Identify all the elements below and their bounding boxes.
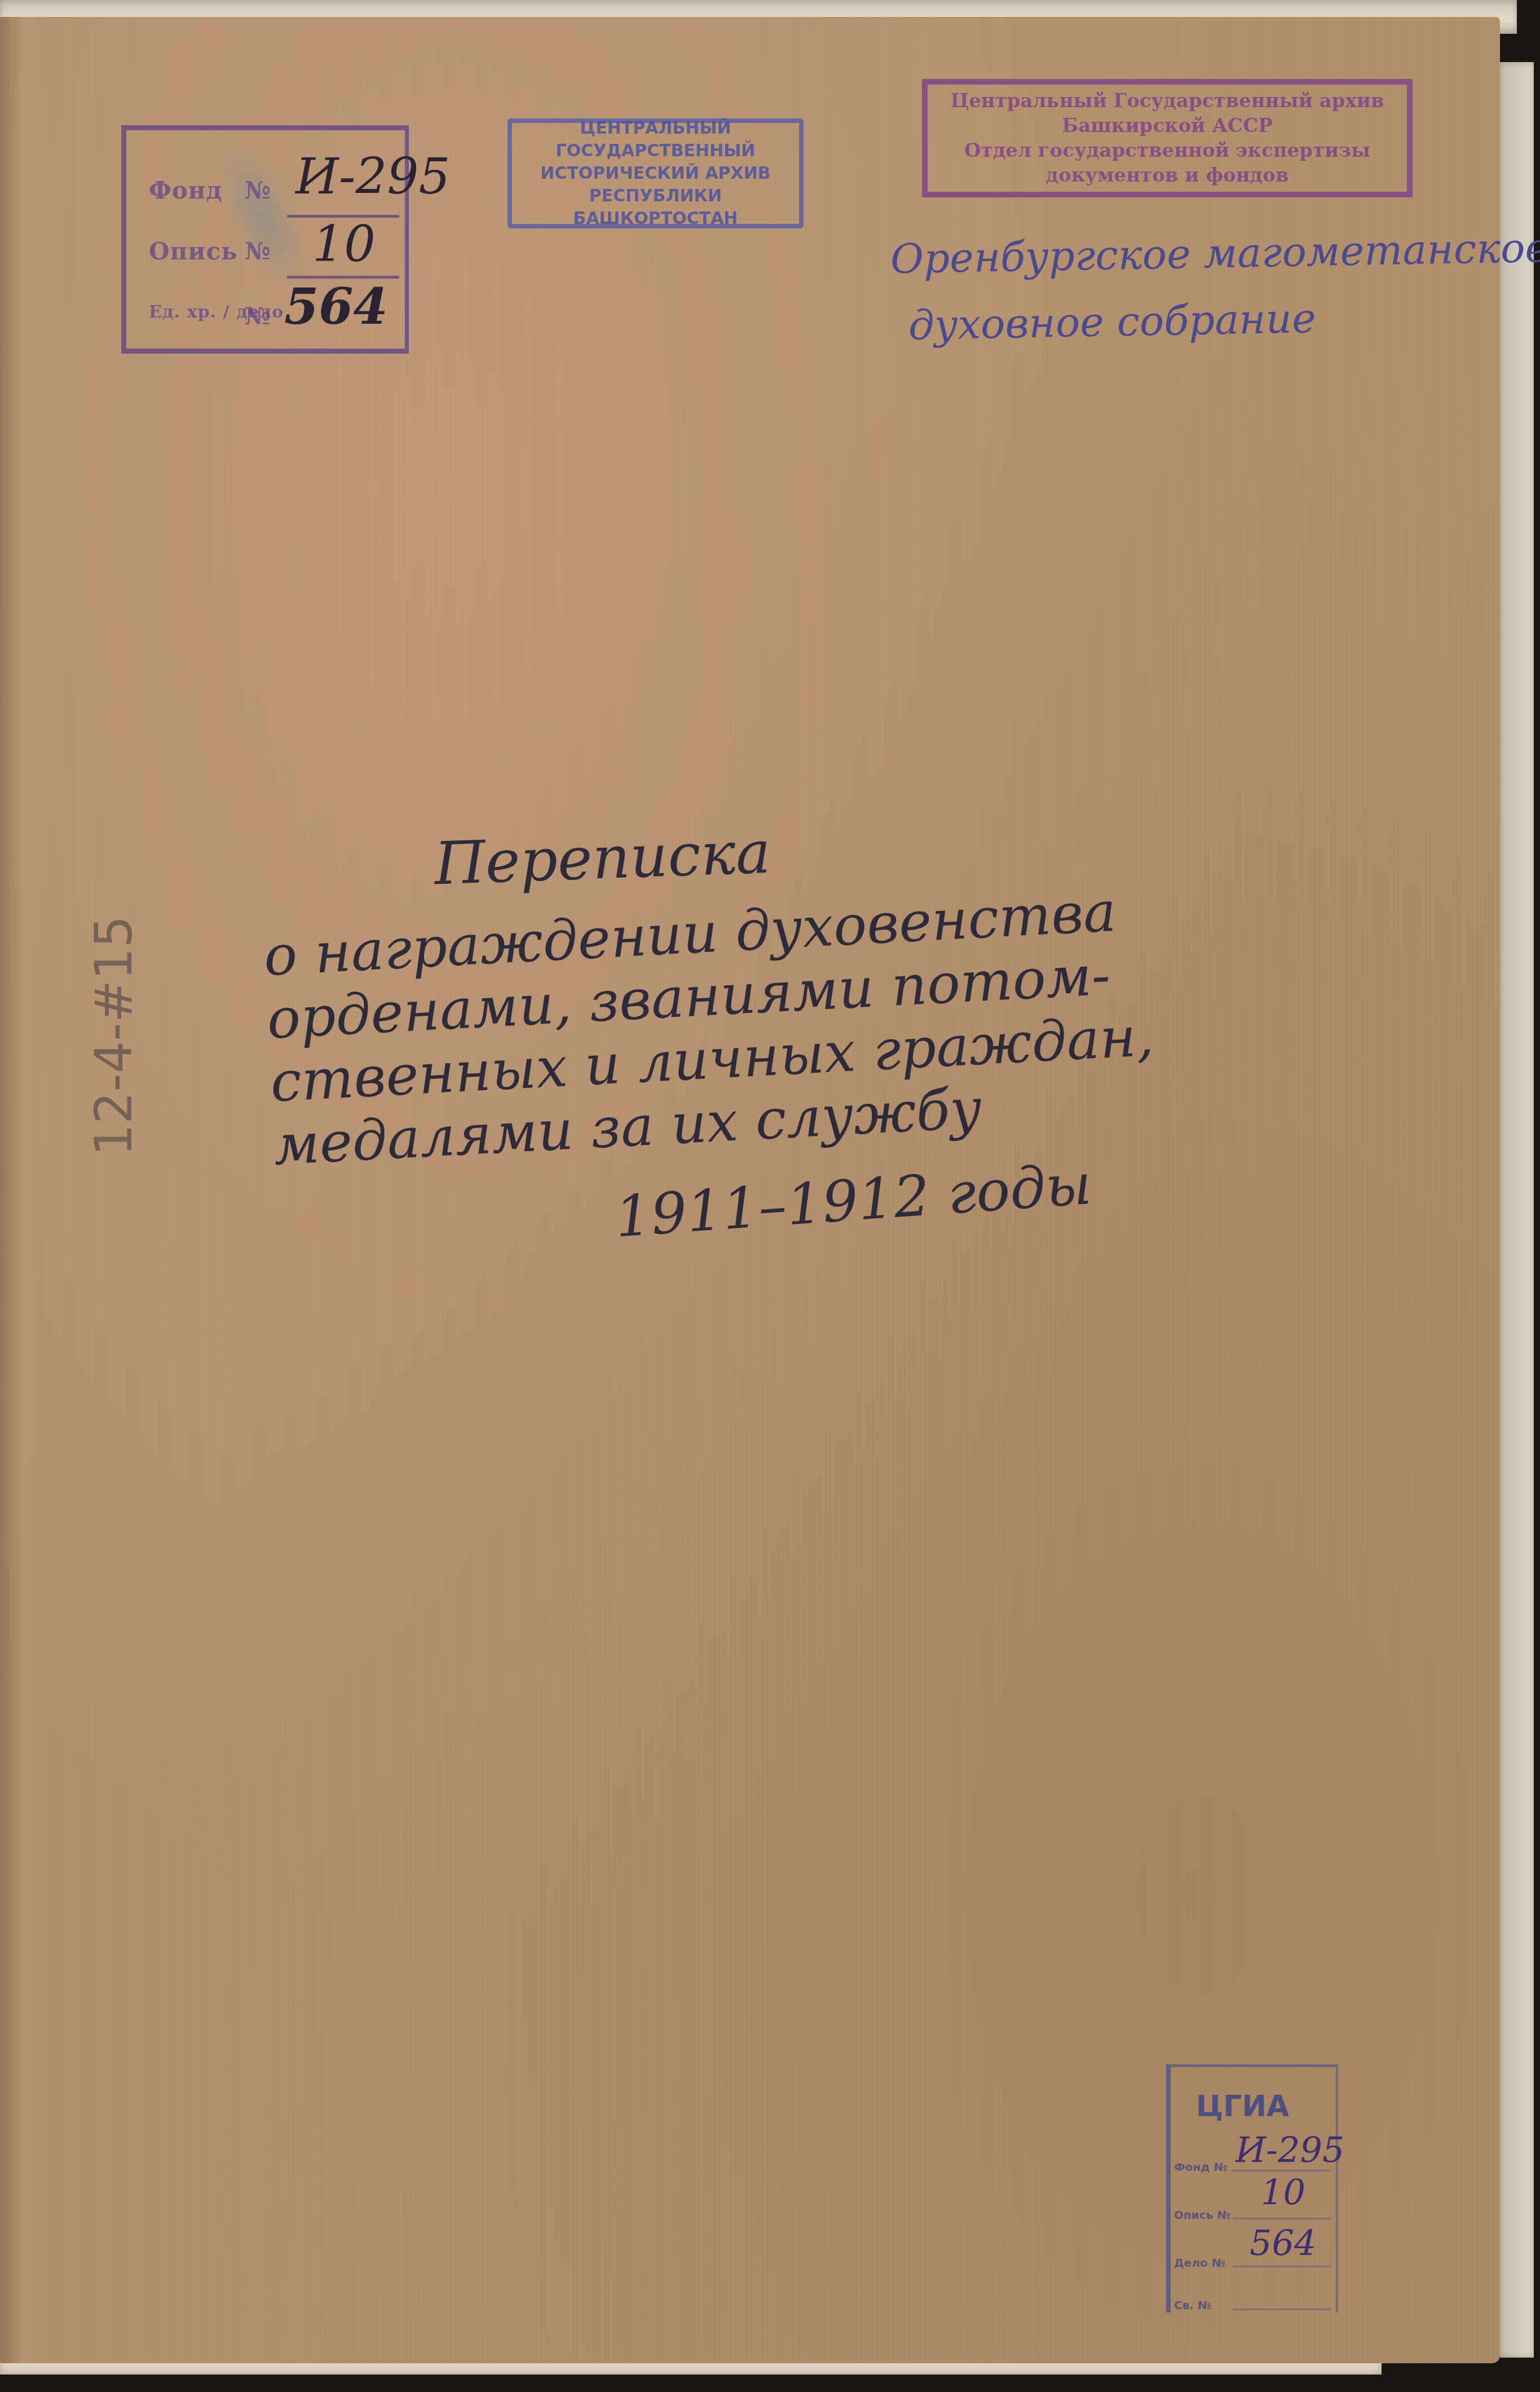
archive-stamp-line: ГОСУДАРСТВЕННЫЙ — [556, 140, 756, 162]
fond-label: Фонд — [149, 177, 223, 204]
pencil-margin-note: 12-4-#15 — [85, 915, 144, 1156]
archive-stamp: ЦЕНТРАЛЬНЫЙ ГОСУДАРСТВЕННЫЙ ИСТОРИЧЕСКИЙ… — [508, 118, 804, 228]
state-stamp-line: Отдел государственной экспертизы — [964, 138, 1370, 163]
cgia-fond-value: И-295 — [1235, 2129, 1344, 2170]
opis-row: Опись № 10 — [126, 221, 405, 283]
underlying-page-right-edge — [1500, 62, 1534, 2358]
opis-no-sign: № — [245, 237, 271, 265]
cgia-opis-label: Опись № — [1174, 2208, 1230, 2222]
stamp-underline — [1233, 2218, 1330, 2219]
stamp-underline — [1233, 2266, 1330, 2267]
fond-row: Фонд № И-295 — [126, 158, 405, 221]
state-stamp-line: документов и фондов — [1045, 163, 1289, 188]
opis-value: 10 — [312, 215, 376, 273]
cgia-fond-label: Фонд № — [1174, 2160, 1228, 2174]
opis-label: Опись — [149, 237, 238, 265]
delo-value: 564 — [284, 277, 388, 336]
fond-stamp: Фонд № И-295 Опись № 10 Ед. хр. / дело №… — [121, 125, 409, 354]
state-archive-stamp: Центральный Государственный архив Башкир… — [922, 79, 1413, 197]
cgia-sv-label: Св. № — [1174, 2298, 1211, 2312]
archive-stamp-line: ЦЕНТРАЛЬНЫЙ — [580, 117, 731, 140]
delo-row: Ед. хр. / дело № 564 — [126, 280, 405, 342]
document-title: Переписка — [433, 818, 772, 898]
organization-line: Оренбургское магометанское — [890, 214, 1540, 292]
organization-line: духовное собрание — [891, 281, 1540, 359]
cgia-delo-label: Дело № — [1174, 2256, 1225, 2270]
cgia-delo-value: 564 — [1250, 2222, 1316, 2263]
fond-value: И-295 — [295, 147, 450, 205]
archive-stamp-line: ИСТОРИЧЕСКИЙ АРХИВ — [540, 162, 770, 185]
document-description: о награждении духовенства орденами, зван… — [262, 879, 1158, 1177]
stamp-underline — [1233, 2309, 1330, 2310]
cgia-opis-value: 10 — [1261, 2171, 1305, 2213]
state-stamp-line: Башкирской АССР — [1062, 113, 1273, 138]
archive-stamp-line: РЕСПУБЛИКИ БАШКОРТОСТАН — [512, 185, 799, 230]
fond-no-sign: № — [245, 177, 271, 204]
cover-left-fold — [0, 17, 39, 2363]
cgia-stamp-header: ЦГИА — [1196, 2090, 1289, 2124]
cgia-stamp: ЦГИА И-295 Фонд № 10 Опись № 564 Дело № … — [1166, 2064, 1338, 2312]
delo-no-sign: № — [245, 302, 271, 330]
state-stamp-line: Центральный Государственный архив — [950, 89, 1384, 113]
organization-name: Оренбургское магометанское духовное собр… — [890, 214, 1540, 359]
